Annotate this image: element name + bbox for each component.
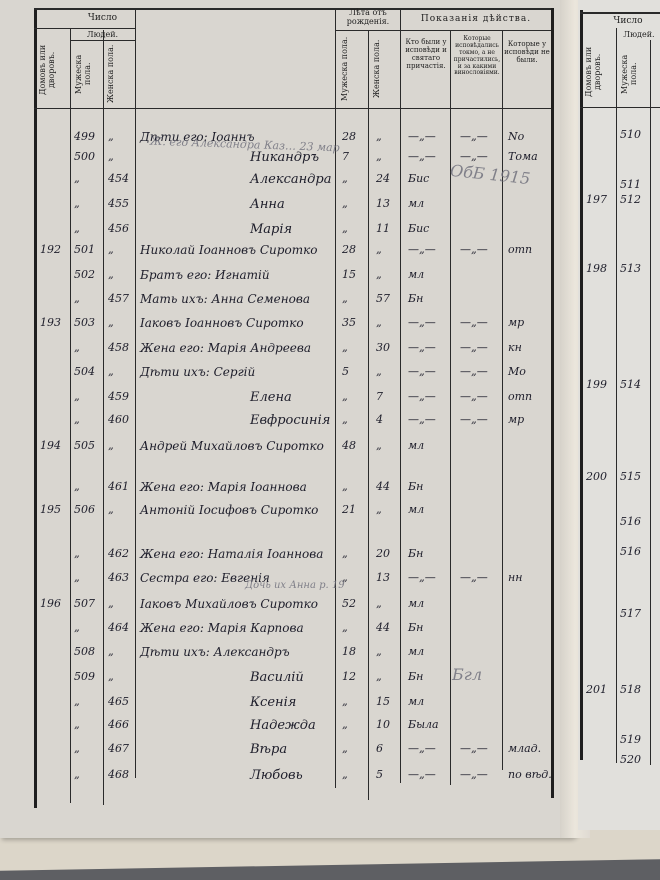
column-line bbox=[103, 30, 104, 805]
header-confessed-only: Которые исповѣдались токмо, а не причаст… bbox=[452, 36, 502, 77]
female-number: „ bbox=[108, 243, 114, 256]
age-female: „ bbox=[376, 439, 382, 452]
female-number: „ bbox=[108, 597, 114, 610]
age-female: 5 bbox=[376, 768, 383, 781]
person-name: Елена bbox=[250, 390, 292, 405]
female-number: 456 bbox=[108, 222, 129, 235]
male-number: 503 bbox=[74, 316, 95, 329]
age-female: 10 bbox=[376, 718, 390, 731]
female-number: „ bbox=[108, 670, 114, 683]
age-female: 20 bbox=[376, 547, 390, 560]
facing-household-number: 197 bbox=[586, 193, 607, 206]
not-confessed-mark: кн bbox=[508, 341, 522, 354]
pencil-annotation: Дочь их Анна р. 19 bbox=[245, 580, 345, 591]
confessed-mark: мл bbox=[408, 503, 424, 516]
female-number: „ bbox=[108, 503, 114, 516]
age-male: 28 bbox=[342, 243, 356, 256]
header-confessed: Кто были у исповѣди и святаго причастія. bbox=[402, 38, 450, 70]
age-male: 21 bbox=[342, 503, 356, 516]
frame-line bbox=[551, 8, 554, 798]
household-number: 196 bbox=[40, 597, 61, 610]
header-actions: Показанія дѣйства. bbox=[402, 14, 550, 24]
header-age-male: Мужеска пола. bbox=[340, 34, 366, 104]
male-number: „ bbox=[74, 172, 80, 185]
facing-male-number: 520 bbox=[620, 753, 641, 766]
age-male: „ bbox=[342, 547, 348, 560]
male-number: „ bbox=[74, 768, 80, 781]
confessed-mark: —„— bbox=[408, 365, 436, 378]
confessed-only-mark: —„— bbox=[460, 130, 488, 143]
confessed-only-mark: —„— bbox=[460, 365, 488, 378]
person-name: Анна bbox=[250, 197, 285, 212]
age-male: „ bbox=[342, 718, 348, 731]
age-male: „ bbox=[342, 621, 348, 634]
age-female: „ bbox=[376, 130, 382, 143]
age-male: „ bbox=[342, 695, 348, 708]
header-bottom-line bbox=[580, 107, 660, 108]
person-name: Василій bbox=[250, 670, 304, 685]
person-name: Жена его: Марія Іоаннова bbox=[140, 480, 307, 494]
person-name: Дѣти ихъ: Сергій bbox=[140, 365, 255, 379]
not-confessed-mark: мр bbox=[508, 413, 524, 426]
column-line bbox=[368, 30, 369, 800]
confessed-mark: Бис bbox=[408, 222, 429, 235]
pencil-annotation: Ж. его Александра Каз… 23 мар bbox=[150, 135, 340, 155]
not-confessed-mark: отп bbox=[508, 243, 532, 256]
age-male: 48 bbox=[342, 439, 356, 452]
male-number: „ bbox=[74, 547, 80, 560]
male-number: „ bbox=[74, 222, 80, 235]
confessed-mark: —„— bbox=[408, 571, 436, 584]
age-female: 4 bbox=[376, 413, 383, 426]
age-male: „ bbox=[342, 292, 348, 305]
male-number: 506 bbox=[74, 503, 95, 516]
age-male: 7 bbox=[342, 150, 349, 163]
male-number: 508 bbox=[74, 645, 95, 658]
confessed-mark: мл bbox=[408, 197, 424, 210]
age-male: „ bbox=[342, 341, 348, 354]
female-number: „ bbox=[108, 150, 114, 163]
male-number: 509 bbox=[74, 670, 95, 683]
female-number: „ bbox=[108, 316, 114, 329]
male-number: „ bbox=[74, 390, 80, 403]
person-name: Вѣра bbox=[250, 742, 287, 757]
not-confessed-mark: по вѣд. bbox=[508, 768, 552, 781]
male-number: „ bbox=[74, 571, 80, 584]
female-number: 467 bbox=[108, 742, 129, 755]
confessed-mark: Бн bbox=[408, 292, 423, 305]
confessed-mark: мл bbox=[408, 695, 424, 708]
male-number: „ bbox=[74, 718, 80, 731]
household-number: 195 bbox=[40, 503, 61, 516]
male-number: 504 bbox=[74, 365, 95, 378]
age-female: „ bbox=[376, 150, 382, 163]
confessed-only-mark: —„— bbox=[460, 150, 488, 163]
female-number: 460 bbox=[108, 413, 129, 426]
confessed-mark: Бн bbox=[408, 670, 423, 683]
header-line bbox=[70, 40, 135, 41]
header-number: Число bbox=[70, 13, 135, 23]
confessed-mark: Бн bbox=[408, 621, 423, 634]
pencil-annotation: Бгл bbox=[452, 665, 482, 684]
age-female: 24 bbox=[376, 172, 390, 185]
header-not-confessed: Которые у исповѣди не были. bbox=[504, 40, 550, 64]
person-name: Жена его: Марія Карпова bbox=[140, 621, 304, 635]
confessed-mark: мл bbox=[408, 268, 424, 281]
female-number: „ bbox=[108, 365, 114, 378]
male-number: „ bbox=[74, 413, 80, 426]
person-name: Андрей Михайловъ Сиротко bbox=[140, 439, 324, 453]
person-name: Марія bbox=[250, 222, 292, 237]
person-name: Мать ихъ: Анна Семенова bbox=[140, 292, 310, 306]
household-number: 193 bbox=[40, 316, 61, 329]
age-male: „ bbox=[342, 413, 348, 426]
facing-household-number: 200 bbox=[586, 470, 607, 483]
confessed-mark: Бис bbox=[408, 172, 429, 185]
female-number: 455 bbox=[108, 197, 129, 210]
female-number: 454 bbox=[108, 172, 129, 185]
confessed-mark: мл bbox=[408, 645, 424, 658]
facing-male-number: 518 bbox=[620, 683, 641, 696]
female-number: 468 bbox=[108, 768, 129, 781]
female-number: „ bbox=[108, 439, 114, 452]
header-age: Лѣта отъ рожденія. bbox=[337, 8, 399, 26]
age-male: „ bbox=[342, 742, 348, 755]
column-line bbox=[400, 8, 401, 783]
female-number: „ bbox=[108, 645, 114, 658]
household-number: 194 bbox=[40, 439, 61, 452]
not-confessed-mark: Мо bbox=[508, 365, 526, 378]
facing-header-households: Домовъ или дворовъ. bbox=[584, 40, 614, 104]
confessed-mark: мл bbox=[408, 439, 424, 452]
age-female: „ bbox=[376, 645, 382, 658]
age-male: „ bbox=[342, 197, 348, 210]
male-number: 499 bbox=[74, 130, 95, 143]
facing-household-number: 201 bbox=[586, 683, 607, 696]
header-male: Мужеска пола. bbox=[74, 44, 100, 104]
confessed-mark: Бн bbox=[408, 547, 423, 560]
frame-line bbox=[34, 8, 37, 808]
male-number: 500 bbox=[74, 150, 95, 163]
female-number: 465 bbox=[108, 695, 129, 708]
age-female: „ bbox=[376, 670, 382, 683]
person-name: Іаковъ Іоанновъ Сиротко bbox=[140, 316, 304, 330]
male-number: 501 bbox=[74, 243, 95, 256]
facing-household-number: 198 bbox=[586, 262, 607, 275]
facing-male-number: 516 bbox=[620, 545, 641, 558]
person-name: Жена его: Марія Андреева bbox=[140, 341, 311, 355]
age-male: „ bbox=[342, 222, 348, 235]
header-line bbox=[335, 30, 551, 31]
male-number: 502 bbox=[74, 268, 95, 281]
facing-header-number: Число bbox=[598, 16, 658, 26]
left-register-page: Число Людей. Домовъ или дворовъ. Мужеска… bbox=[0, 0, 578, 838]
header-bottom-line bbox=[34, 108, 554, 109]
facing-male-number: 512 bbox=[620, 193, 641, 206]
female-number: 457 bbox=[108, 292, 129, 305]
age-female: 13 bbox=[376, 571, 390, 584]
facing-male-number: 515 bbox=[620, 470, 641, 483]
column-line bbox=[650, 40, 651, 765]
column-line bbox=[616, 28, 617, 763]
confessed-mark: —„— bbox=[408, 742, 436, 755]
facing-page: Число Людей. Домовъ или дворовъ. Мужеска… bbox=[578, 0, 660, 830]
person-name: Ксенія bbox=[250, 695, 296, 710]
confessed-only-mark: —„— bbox=[460, 390, 488, 403]
confessed-mark: —„— bbox=[408, 390, 436, 403]
male-number: „ bbox=[74, 695, 80, 708]
confessed-mark: мл bbox=[408, 597, 424, 610]
pencil-annotation: ОбБ 1915 bbox=[449, 161, 531, 188]
confessed-only-mark: —„— bbox=[460, 742, 488, 755]
facing-male-number: 511 bbox=[620, 178, 641, 191]
female-number: 463 bbox=[108, 571, 129, 584]
female-number: 461 bbox=[108, 480, 129, 493]
age-female: „ bbox=[376, 268, 382, 281]
age-female: „ bbox=[376, 365, 382, 378]
not-confessed-mark: нн bbox=[508, 571, 523, 584]
frame-top bbox=[34, 8, 554, 10]
age-female: 11 bbox=[376, 222, 390, 235]
age-female: 7 bbox=[376, 390, 383, 403]
header-line bbox=[34, 28, 135, 29]
confessed-mark: —„— bbox=[408, 130, 436, 143]
age-male: 5 bbox=[342, 365, 349, 378]
female-number: „ bbox=[108, 268, 114, 281]
age-female: 30 bbox=[376, 341, 390, 354]
header-households: Домовъ или дворовъ. bbox=[38, 36, 68, 104]
age-female: „ bbox=[376, 503, 382, 516]
not-confessed-mark: млад. bbox=[508, 742, 541, 755]
confessed-only-mark: —„— bbox=[460, 341, 488, 354]
female-number: 458 bbox=[108, 341, 129, 354]
male-number: „ bbox=[74, 292, 80, 305]
male-number: 507 bbox=[74, 597, 95, 610]
column-line bbox=[502, 30, 503, 770]
person-name: Надежда bbox=[250, 718, 316, 733]
age-female: 44 bbox=[376, 480, 390, 493]
facing-header-male: Мужеска пола. bbox=[620, 44, 646, 104]
female-number: 466 bbox=[108, 718, 129, 731]
household-number: 192 bbox=[40, 243, 61, 256]
person-name: Александра bbox=[250, 172, 332, 187]
age-male: „ bbox=[342, 768, 348, 781]
confessed-mark: —„— bbox=[408, 316, 436, 329]
female-number: 459 bbox=[108, 390, 129, 403]
age-female: 44 bbox=[376, 621, 390, 634]
age-female: „ bbox=[376, 243, 382, 256]
header-age-female: Женска пола. bbox=[372, 34, 398, 104]
confessed-only-mark: —„— bbox=[460, 316, 488, 329]
male-number: „ bbox=[74, 742, 80, 755]
confessed-mark: —„— bbox=[408, 341, 436, 354]
age-male: 28 bbox=[342, 130, 356, 143]
male-number: „ bbox=[74, 480, 80, 493]
female-number: 462 bbox=[108, 547, 129, 560]
column-line bbox=[450, 30, 451, 785]
age-female: „ bbox=[376, 597, 382, 610]
age-male: „ bbox=[342, 480, 348, 493]
female-number: 464 bbox=[108, 621, 129, 634]
frame-top bbox=[580, 12, 660, 14]
header-female: Женска пола. bbox=[106, 44, 132, 104]
confessed-mark: —„— bbox=[408, 768, 436, 781]
not-confessed-mark: Тома bbox=[508, 150, 538, 163]
age-male: „ bbox=[342, 172, 348, 185]
confessed-mark: Бн bbox=[408, 480, 423, 493]
age-male: 18 bbox=[342, 645, 356, 658]
person-name: Жена его: Наталія Іоаннова bbox=[140, 547, 323, 561]
confessed-mark: —„— bbox=[408, 243, 436, 256]
confessed-only-mark: —„— bbox=[460, 413, 488, 426]
male-number: „ bbox=[74, 621, 80, 634]
not-confessed-mark: отп bbox=[508, 390, 532, 403]
column-line bbox=[335, 8, 336, 788]
confessed-mark: —„— bbox=[408, 150, 436, 163]
header-people: Людей. bbox=[70, 30, 135, 39]
age-female: „ bbox=[376, 316, 382, 329]
confessed-mark: Была bbox=[408, 718, 439, 731]
facing-male-number: 516 bbox=[620, 515, 641, 528]
facing-male-number: 510 bbox=[620, 128, 641, 141]
age-male: 12 bbox=[342, 670, 356, 683]
age-female: 57 bbox=[376, 292, 390, 305]
person-name: Антоній Іосифовъ Сиротко bbox=[140, 503, 318, 517]
person-name: Іаковъ Михайловъ Сиротко bbox=[140, 597, 318, 611]
age-female: 15 bbox=[376, 695, 390, 708]
confessed-only-mark: —„— bbox=[460, 571, 488, 584]
male-number: „ bbox=[74, 341, 80, 354]
age-female: 6 bbox=[376, 742, 383, 755]
person-name: Евфросинія bbox=[250, 413, 330, 428]
confessed-only-mark: —„— bbox=[460, 243, 488, 256]
person-name: Дѣти ихъ: Александръ bbox=[140, 645, 290, 659]
facing-male-number: 514 bbox=[620, 378, 641, 391]
male-number: 505 bbox=[74, 439, 95, 452]
age-male: 15 bbox=[342, 268, 356, 281]
not-confessed-mark: No bbox=[508, 130, 524, 143]
female-number: „ bbox=[108, 130, 114, 143]
age-male: „ bbox=[342, 390, 348, 403]
male-number: „ bbox=[74, 197, 80, 210]
person-name: Любовь bbox=[250, 768, 303, 783]
confessed-mark: —„— bbox=[408, 413, 436, 426]
column-line bbox=[70, 28, 71, 803]
facing-header-people: Людей. bbox=[618, 30, 660, 39]
facing-male-number: 519 bbox=[620, 733, 641, 746]
facing-household-number: 199 bbox=[586, 378, 607, 391]
not-confessed-mark: мр bbox=[508, 316, 524, 329]
confessed-only-mark: —„— bbox=[460, 768, 488, 781]
person-name: Николай Іоанновъ Сиротко bbox=[140, 243, 317, 257]
facing-male-number: 517 bbox=[620, 607, 641, 620]
column-line bbox=[135, 8, 136, 778]
age-male: 35 bbox=[342, 316, 356, 329]
frame-line bbox=[580, 10, 583, 760]
facing-male-number: 513 bbox=[620, 262, 641, 275]
age-female: 13 bbox=[376, 197, 390, 210]
person-name: Братъ его: Игнатій bbox=[140, 268, 270, 282]
age-male: 52 bbox=[342, 597, 356, 610]
